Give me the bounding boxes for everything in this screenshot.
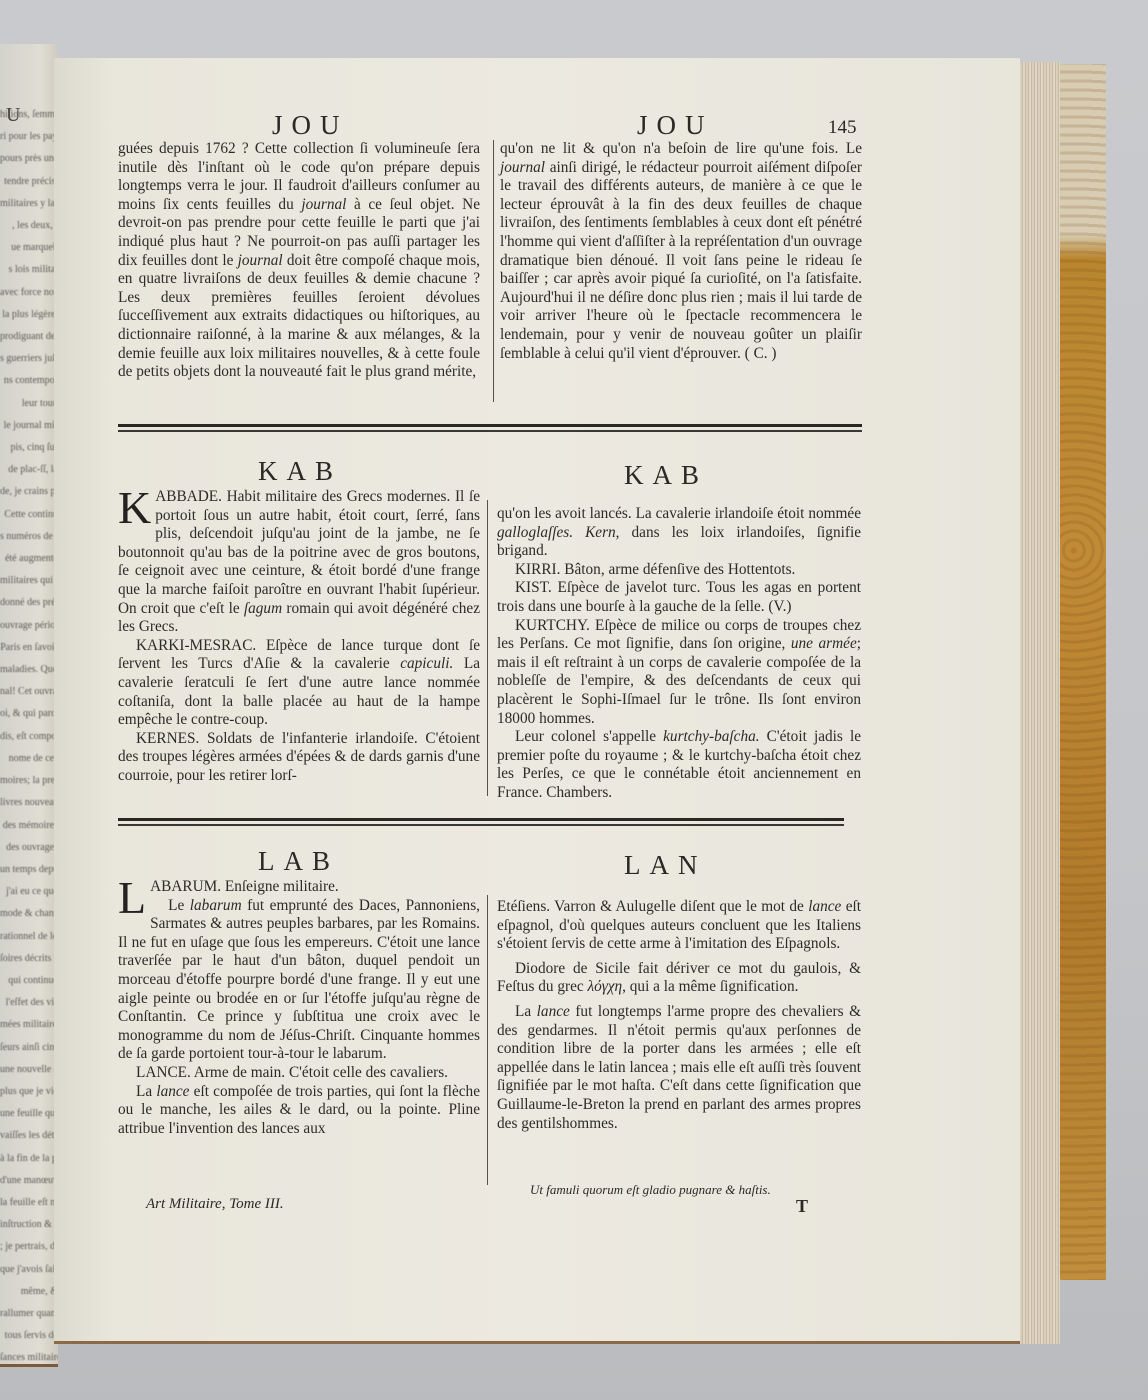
left-page-fragment: qui continue xyxy=(0,970,58,992)
left-page-fragment: hiſions, ſemmes xyxy=(0,104,58,126)
left-page-fragment: , les deux, l xyxy=(0,215,58,237)
kab-left-column: KABBADE. Habit militaire des Grecs moder… xyxy=(118,488,480,786)
left-page-fragment: ouvrage périodique xyxy=(0,615,58,637)
left-page-fragment: vaiſſes les détails xyxy=(0,1125,58,1147)
left-page-fragment: de plac-ſſ, la xyxy=(0,459,58,481)
left-page-fragment: maladies. Quel b xyxy=(0,659,58,681)
left-page-fragment: un temps depuis xyxy=(0,859,58,881)
left-page-fragment: le journal mi- xyxy=(0,415,58,437)
page-number: 145 xyxy=(828,117,857,139)
entry-kernes-cont: qu'on les avoit lancés. La cavalerie irl… xyxy=(497,505,861,561)
entry-kurtchy: KURTCHY. Eſpèce de milice ou corps de tr… xyxy=(497,617,861,729)
left-page-fragment: ſeurs ainſi cinq xyxy=(0,1037,58,1059)
left-page-fragment: d'une manœuvre xyxy=(0,1170,58,1192)
left-page-fragment: ns contempo- xyxy=(0,370,58,392)
left-page-fragment: la feuille eſt mo xyxy=(0,1192,58,1214)
left-page-fragment: rationnel de leur xyxy=(0,926,58,948)
entry-kist: KIST. Eſpèce de javelot turc. Tous les a… xyxy=(497,579,861,616)
left-page-fragment: pis, cinq ſur xyxy=(0,437,58,459)
left-page-fragment: une nouvelle à xyxy=(0,1059,58,1081)
left-page-fragment: des mémoires xyxy=(0,815,58,837)
left-page-fragment: mées militaires xyxy=(0,1014,58,1036)
left-page-fragment: avec force nou xyxy=(0,282,58,304)
left-page-fragment: Cette continu xyxy=(0,504,58,526)
leather-cover xyxy=(1060,64,1106,1280)
lab-left-column: LABARUM. Enſeigne militaire. Le labarum … xyxy=(118,878,480,1138)
left-page-fragment: nome de ces xyxy=(0,748,58,770)
left-page-fragment: la plus légère, xyxy=(0,304,58,326)
left-page-fragment: ſances militaires xyxy=(0,1347,58,1367)
running-head-right: JOU xyxy=(637,110,714,141)
left-page-fragment: rallumer quand xyxy=(0,1303,58,1325)
entry-kirri: KIRRI. Bâton, arme défenſive des Hottent… xyxy=(497,561,861,580)
section-rule xyxy=(118,424,862,432)
kab-right-column: qu'on les avoit lancés. La cavalerie irl… xyxy=(497,505,861,803)
left-page-edge: U hiſions, ſemmesri pour les pays,pours … xyxy=(0,44,58,1367)
left-page-fragment: été augmenté xyxy=(0,548,58,570)
left-page-fragment: militaires qui ne xyxy=(0,570,58,592)
signature-mark: T xyxy=(796,1196,808,1217)
left-page-fragment: oi, & qui paroi xyxy=(0,703,58,725)
left-page-fragment: des ouvrages xyxy=(0,837,58,859)
left-page-fragment: mode & changea xyxy=(0,903,58,925)
entry-karki-mesrac: KARKI-MESRAC. Eſpèce de lance turque don… xyxy=(118,637,480,730)
left-page-fragment: j'ai eu ce que xyxy=(0,881,58,903)
left-page-fragment: à la fin de la pre xyxy=(0,1148,58,1170)
left-page-fragment: ſoires décrits ſur xyxy=(0,948,58,970)
entry-lance-chevaliers: La lance fut longtemps l'arme propre des… xyxy=(497,1003,861,1133)
left-page-fragment: pours près une xyxy=(0,148,58,170)
page-block-edge xyxy=(1020,62,1060,1344)
entry-kabbade: KABBADE. Habit militaire des Grecs moder… xyxy=(118,488,480,637)
lan-heading: LAN xyxy=(624,850,707,881)
left-page-fragment: s numéros de ce xyxy=(0,526,58,548)
lab-heading: LAB xyxy=(258,846,339,877)
column-divider xyxy=(493,140,494,402)
jou-right-column: qu'on ne lit & qu'on n'a beſoin de lire … xyxy=(500,140,862,363)
section-rule xyxy=(118,818,844,826)
left-page-text-fragments: hiſions, ſemmesri pour les pays,pours pr… xyxy=(0,104,58,1367)
kab-heading-left: KAB xyxy=(258,456,342,487)
jou-left-column: guées depuis 1762 ? Cette collection ſi … xyxy=(118,140,480,382)
left-page-fragment: une feuille qui fut xyxy=(0,1103,58,1125)
left-page-fragment: ri pour les pays, xyxy=(0,126,58,148)
left-page-fragment: ; je pertrais, dans xyxy=(0,1236,58,1258)
entry-labarum-body: Le labarum fut emprunté des Daces, Panno… xyxy=(118,897,480,1064)
entry-kernes: KERNES. Soldats de l'infanterie irlandoi… xyxy=(118,730,480,786)
left-page-fragment: donné des prévus, xyxy=(0,592,58,614)
entry-lance-etym: Etéſiens. Varron & Aulugelle diſent que … xyxy=(497,898,861,954)
left-page-fragment: ue marqueb xyxy=(0,237,58,259)
column-divider xyxy=(487,895,488,1185)
left-page-fragment: militaires y lan xyxy=(0,193,58,215)
lan-right-column: Etéſiens. Varron & Aulugelle diſent que … xyxy=(497,898,861,1133)
entry-lance: LANCE. Arme de main. C'étoit celle des c… xyxy=(118,1064,480,1083)
left-page-fragment: Paris en ſavoir xyxy=(0,637,58,659)
left-page-fragment: que j'avois ſaiſi xyxy=(0,1259,58,1281)
entry-diodore: Diodore de Sicile fait dériver ce mot du… xyxy=(497,960,861,997)
left-page-fragment: nal! Cet ouvrage xyxy=(0,681,58,703)
left-page-fragment: moires; la premi xyxy=(0,770,58,792)
kab-heading-right: KAB xyxy=(624,460,708,491)
left-page-fragment: plus que je vien xyxy=(0,1081,58,1103)
left-page-fragment: s guerriers juſ- xyxy=(0,348,58,370)
left-page-fragment: dis, eſt compoſé xyxy=(0,726,58,748)
left-page-fragment: même, & xyxy=(0,1281,58,1303)
entry-lance-parts: La lance eſt compoſée de trois parties, … xyxy=(118,1083,480,1139)
running-head-left: JOU xyxy=(272,110,349,141)
latin-quote: Ut famuli quorum eſt gladio pugnare & ha… xyxy=(530,1182,771,1198)
entry-labarum: LABARUM. Enſeigne militaire. xyxy=(118,878,480,897)
entry-kurtchy-colonel: Leur colonel s'appelle kurtchy-baſcha. C… xyxy=(497,728,861,802)
column-divider xyxy=(487,500,488,796)
left-page-fragment: livres nouveaux xyxy=(0,792,58,814)
left-page-fragment: tendre précis, xyxy=(0,171,58,193)
left-page-fragment: inſtruction & m xyxy=(0,1214,58,1236)
catchline: Art Militaire, Tome III. xyxy=(146,1196,284,1213)
left-page-fragment: s lois militai xyxy=(0,259,58,281)
left-page-fragment: l'eſfet des vis xyxy=(0,992,58,1014)
left-page-fragment: tous ſervis de xyxy=(0,1325,58,1347)
left-page-fragment: leur tour. xyxy=(0,393,58,415)
left-page-fragment: prodiguant des xyxy=(0,326,58,348)
left-page-fragment: de, je crains pas xyxy=(0,481,58,503)
